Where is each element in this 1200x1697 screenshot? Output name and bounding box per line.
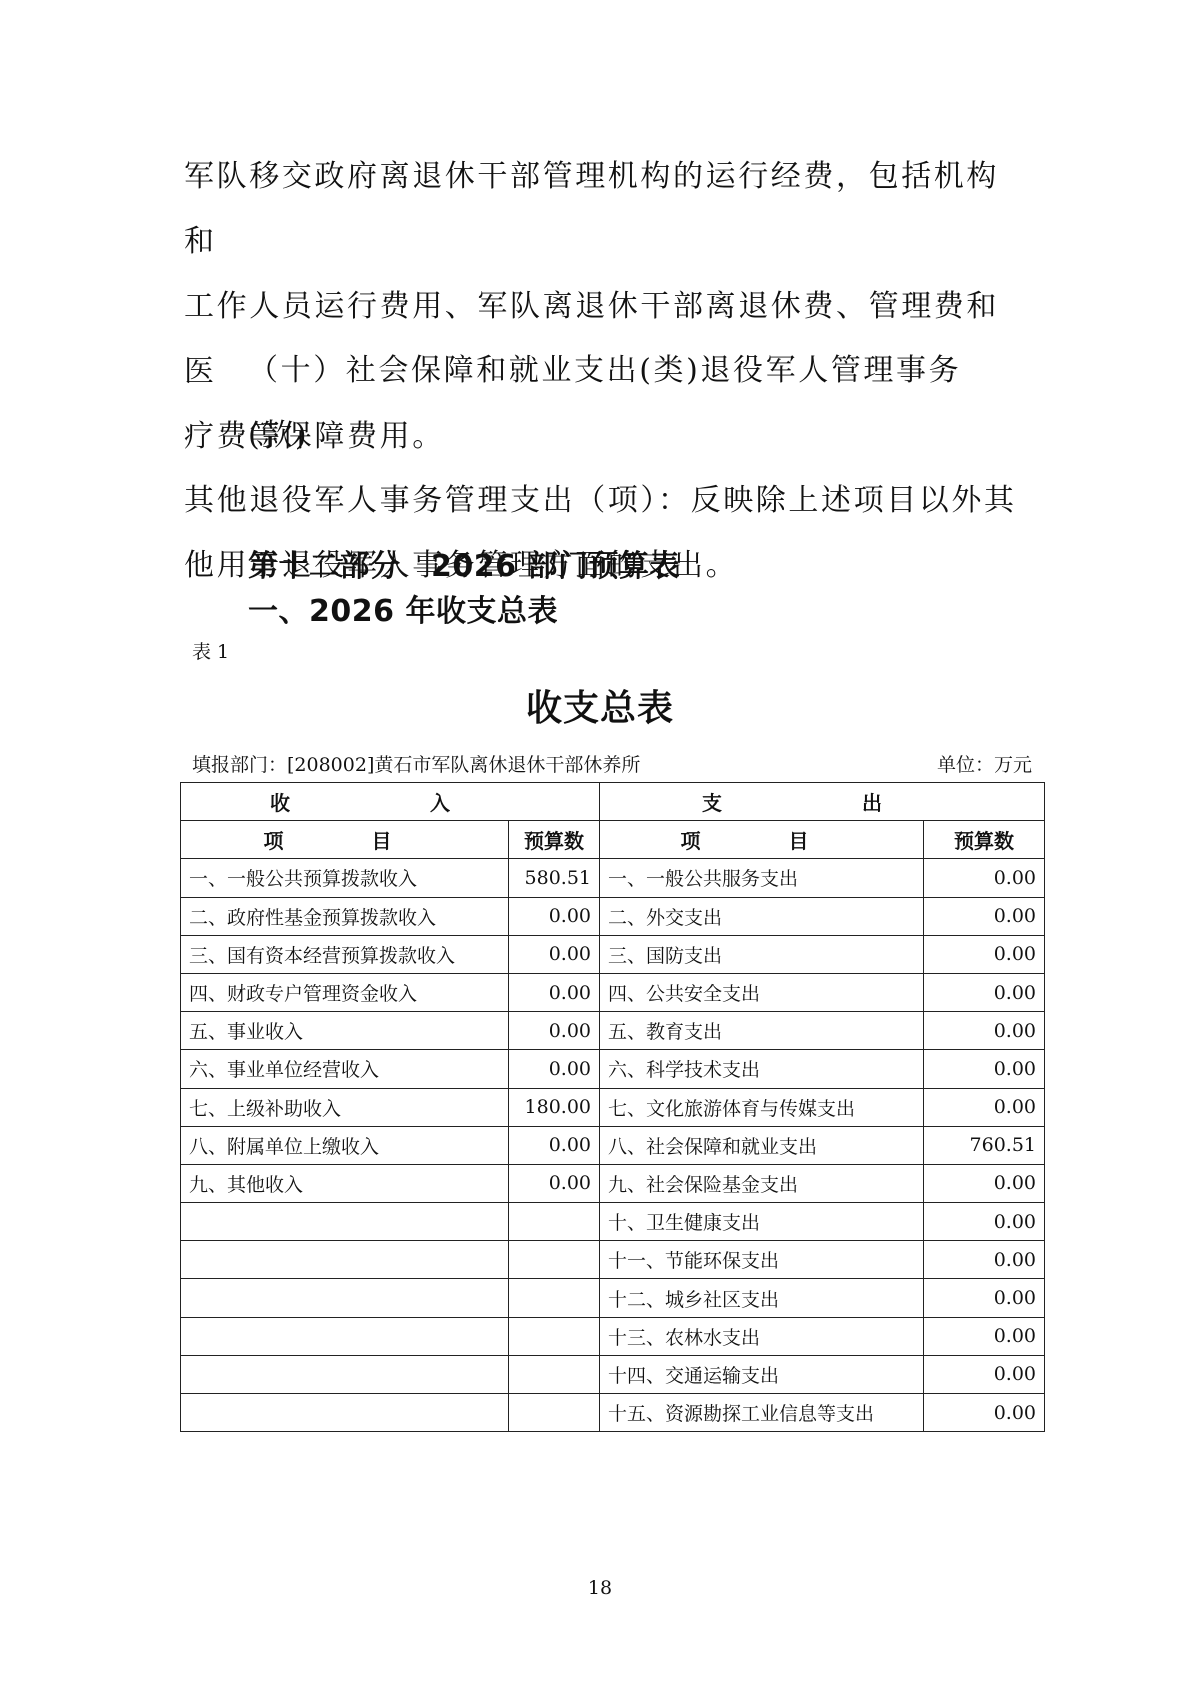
income-budget-cell: 0.00 <box>509 1012 600 1050</box>
expense-item-cell: 十五、资源勘探工业信息等支出 <box>600 1394 924 1432</box>
text-line: 军队移交政府离退休干部管理机构的运行经费，包括机构和 <box>184 144 1020 274</box>
text-line: （十）社会保障和就业支出(类)退役军人管理事务(款) <box>184 338 1020 468</box>
income-budget-cell: 0.00 <box>509 1164 600 1202</box>
income-group-header: 收 入 <box>181 783 600 821</box>
income-budget-cell: 0.00 <box>509 1050 600 1088</box>
table-row: 十、卫生健康支出0.00 <box>181 1203 1045 1241</box>
expense-budget-cell: 0.00 <box>924 1088 1045 1126</box>
expense-item-cell: 八、社会保障和就业支出 <box>600 1126 924 1164</box>
expense-budget-cell: 0.00 <box>924 1355 1045 1393</box>
income-item-cell <box>181 1203 509 1241</box>
expense-budget-cell: 0.00 <box>924 1012 1045 1050</box>
expense-budget-cell: 0.00 <box>924 1279 1045 1317</box>
income-item-cell: 七、上级补助收入 <box>181 1088 509 1126</box>
income-budget-cell <box>509 1394 600 1432</box>
currency-unit: 单位：万元 <box>937 750 1032 777</box>
expense-item-cell: 二、外交支出 <box>600 897 924 935</box>
expense-budget-cell: 0.00 <box>924 897 1045 935</box>
table-number: 表 1 <box>192 637 229 664</box>
income-budget-cell: 580.51 <box>509 859 600 897</box>
income-item-cell: 八、附属单位上缴收入 <box>181 1126 509 1164</box>
expense-item-cell: 五、教育支出 <box>600 1012 924 1050</box>
table-row: 十三、农林水支出0.00 <box>181 1317 1045 1355</box>
table-row: 九、其他收入0.00九、社会保险基金支出0.00 <box>181 1164 1045 1202</box>
table-row: 十二、城乡社区支出0.00 <box>181 1279 1045 1317</box>
expense-budget-cell: 0.00 <box>924 1203 1045 1241</box>
income-budget-cell <box>509 1203 600 1241</box>
income-budget-cell: 180.00 <box>509 1088 600 1126</box>
page-number: 18 <box>0 1577 1200 1599</box>
table-row: 八、附属单位上缴收入0.00八、社会保障和就业支出760.51 <box>181 1126 1045 1164</box>
text-line: 其他退役军人事务管理支出（项）：反映除上述项目以外其 <box>184 468 1020 533</box>
income-item-cell: 九、其他收入 <box>181 1164 509 1202</box>
expense-item-cell: 十三、农林水支出 <box>600 1317 924 1355</box>
expense-budget-cell: 0.00 <box>924 1164 1045 1202</box>
table-row: 十一、节能环保支出0.00 <box>181 1241 1045 1279</box>
table-row: 二、政府性基金预算拨款收入0.00二、外交支出0.00 <box>181 897 1045 935</box>
income-budget-cell <box>509 1355 600 1393</box>
table-row: 六、事业单位经营收入0.00六、科学技术支出0.00 <box>181 1050 1045 1088</box>
table-row: 五、事业收入0.00五、教育支出0.00 <box>181 1012 1045 1050</box>
expense-item-cell: 十四、交通运输支出 <box>600 1355 924 1393</box>
income-item-header: 项 目 <box>181 821 509 859</box>
income-budget-cell <box>509 1317 600 1355</box>
expense-item-cell: 十二、城乡社区支出 <box>600 1279 924 1317</box>
expense-group-header: 支 出 <box>600 783 1045 821</box>
budget-summary-table: 收 入 支 出 项 目 预算数 项 目 预算数 一、一般公共预算拨款收入580.… <box>180 782 1045 1432</box>
expense-item-cell: 四、公共安全支出 <box>600 973 924 1011</box>
table-title: 收支总表 <box>0 680 1200 731</box>
income-budget-cell <box>509 1279 600 1317</box>
income-item-cell <box>181 1355 509 1393</box>
subsection-heading: 一、2026 年收支总表 <box>248 586 558 630</box>
expense-budget-cell: 760.51 <box>924 1126 1045 1164</box>
expense-item-cell: 六、科学技术支出 <box>600 1050 924 1088</box>
income-item-cell: 四、财政专户管理资金收入 <box>181 973 509 1011</box>
table-row: 十五、资源勘探工业信息等支出0.00 <box>181 1394 1045 1432</box>
reporting-unit: 填报部门：[208002]黄石市军队离休退休干部休养所 <box>192 750 640 777</box>
income-item-cell: 二、政府性基金预算拨款收入 <box>181 897 509 935</box>
expense-budget-cell: 0.00 <box>924 1317 1045 1355</box>
expense-item-cell: 十一、节能环保支出 <box>600 1241 924 1279</box>
expense-budget-cell: 0.00 <box>924 859 1045 897</box>
expense-budget-cell: 0.00 <box>924 935 1045 973</box>
expense-budget-cell: 0.00 <box>924 1050 1045 1088</box>
group-header-row: 收 入 支 出 <box>181 783 1045 821</box>
expense-item-cell: 七、文化旅游体育与传媒支出 <box>600 1088 924 1126</box>
income-budget-cell: 0.00 <box>509 897 600 935</box>
income-item-cell: 三、国有资本经营预算拨款收入 <box>181 935 509 973</box>
expense-item-cell: 十、卫生健康支出 <box>600 1203 924 1241</box>
income-item-cell <box>181 1317 509 1355</box>
expense-budget-cell: 0.00 <box>924 1241 1045 1279</box>
expense-budget-header: 预算数 <box>924 821 1045 859</box>
table-row: 一、一般公共预算拨款收入580.51一、一般公共服务支出0.00 <box>181 859 1045 897</box>
expense-budget-cell: 0.00 <box>924 1394 1045 1432</box>
income-item-cell: 六、事业单位经营收入 <box>181 1050 509 1088</box>
income-item-cell <box>181 1279 509 1317</box>
income-budget-cell: 0.00 <box>509 935 600 973</box>
expense-item-cell: 三、国防支出 <box>600 935 924 973</box>
expense-item-cell: 一、一般公共服务支出 <box>600 859 924 897</box>
income-budget-cell <box>509 1241 600 1279</box>
expense-item-cell: 九、社会保险基金支出 <box>600 1164 924 1202</box>
income-item-cell: 五、事业收入 <box>181 1012 509 1050</box>
section-heading: 第十二部分 2026 部门预算表 <box>248 541 680 585</box>
income-budget-cell: 0.00 <box>509 973 600 1011</box>
table-row: 三、国有资本经营预算拨款收入0.00三、国防支出0.00 <box>181 935 1045 973</box>
column-header-row: 项 目 预算数 项 目 预算数 <box>181 821 1045 859</box>
table-row: 七、上级补助收入180.00七、文化旅游体育与传媒支出0.00 <box>181 1088 1045 1126</box>
income-budget-header: 预算数 <box>509 821 600 859</box>
expense-item-header: 项 目 <box>600 821 924 859</box>
table-row: 四、财政专户管理资金收入0.00四、公共安全支出0.00 <box>181 973 1045 1011</box>
table-row: 十四、交通运输支出0.00 <box>181 1355 1045 1393</box>
income-budget-cell: 0.00 <box>509 1126 600 1164</box>
income-item-cell <box>181 1241 509 1279</box>
income-item-cell: 一、一般公共预算拨款收入 <box>181 859 509 897</box>
expense-budget-cell: 0.00 <box>924 973 1045 1011</box>
income-item-cell <box>181 1394 509 1432</box>
